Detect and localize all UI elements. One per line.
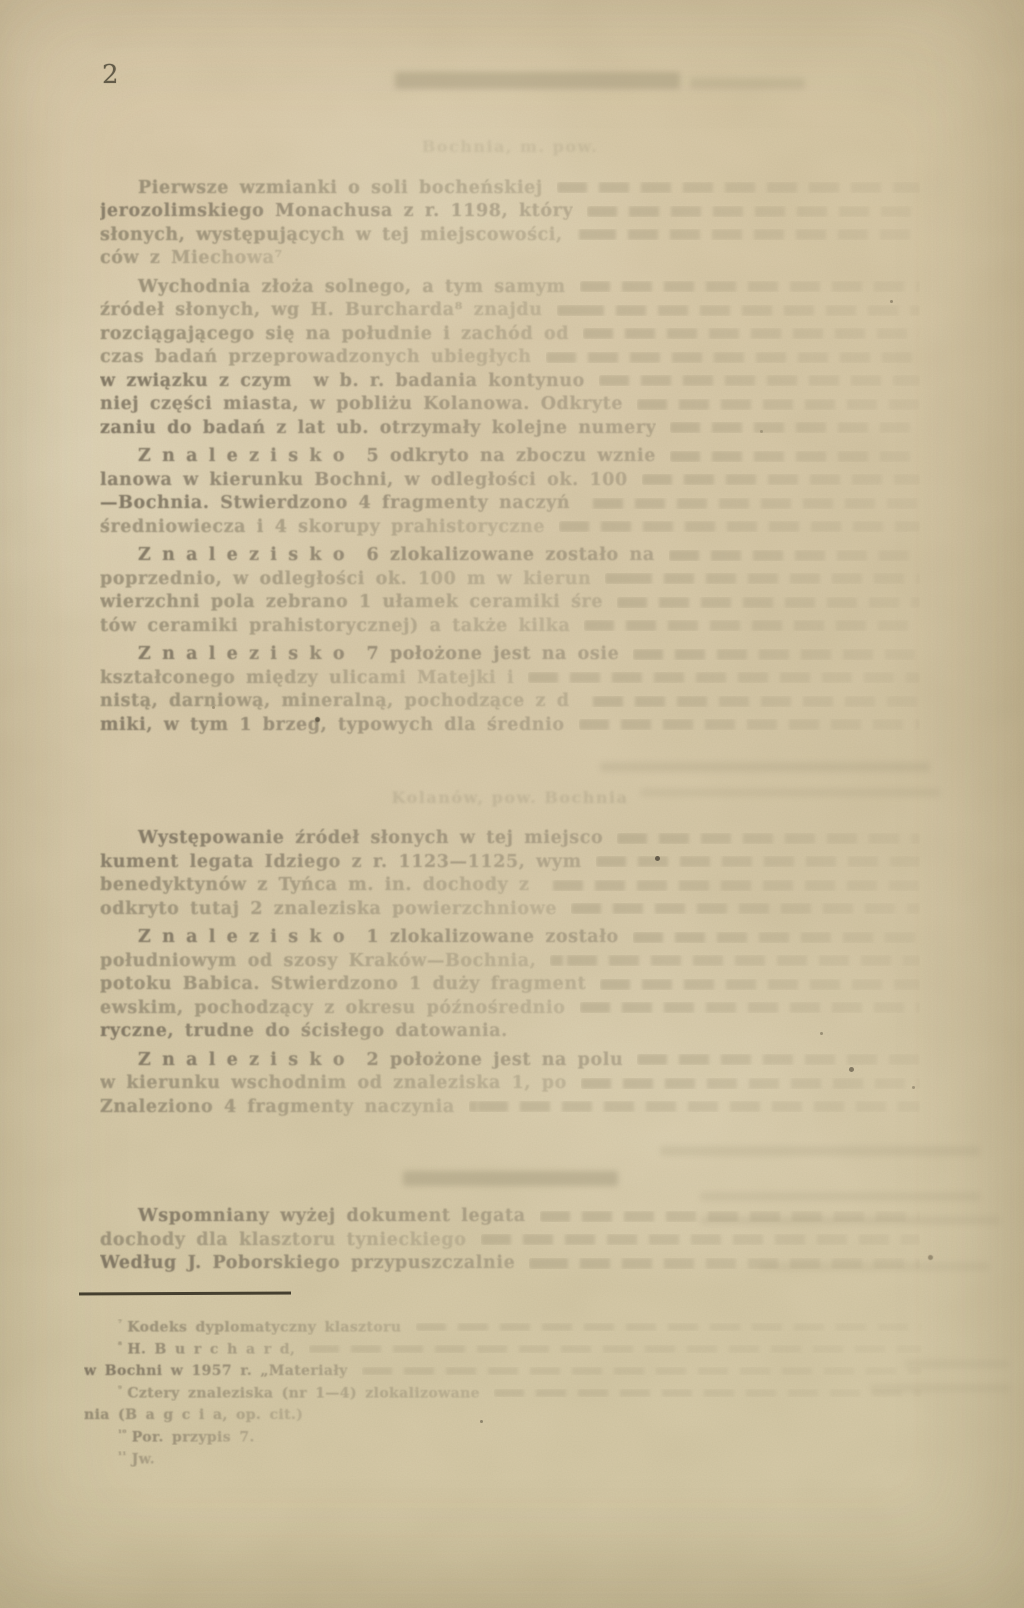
text-line: Występowanie źródeł słonych w tej miejsc… <box>100 827 920 851</box>
line-text: zaniu do badań z lat ub. otrzymały kolej… <box>100 418 656 438</box>
text-line: Wspomniany wyżej dokument legata <box>100 1205 920 1229</box>
faded-text-smudge <box>587 206 920 217</box>
line-text: Według J. Poborskiego przypuszczalnie <box>100 1253 515 1273</box>
text-line: dochody dla klasztoru tynieckiego <box>100 1228 920 1252</box>
faded-text-smudge <box>670 422 920 433</box>
footnote-line: ⁹Cztery znaleziska (nr 1—4) zlokalizowan… <box>84 1382 922 1404</box>
faded-text-smudge <box>577 229 920 240</box>
text-line: Pierwsze wzmianki o soli bocheńskiej <box>100 176 920 200</box>
paragraph: Z n a l e z i s k o 1 zlokalizowane zost… <box>100 926 920 1044</box>
text-line: południowym od szosy Kraków—Bochnia, <box>100 949 920 973</box>
faded-text-smudge <box>540 1211 920 1222</box>
text-line: —Bochnia. Stwierdzono 4 fragmenty naczyń <box>100 492 920 516</box>
text-line: średniowiecza i 4 skorupy prahistoryczne <box>100 515 920 539</box>
paragraph: Z n a l e z i s k o 7 położone jest na o… <box>100 643 920 737</box>
faded-text-smudge <box>583 328 920 339</box>
text-line: Z n a l e z i s k o 2 położone jest na p… <box>100 1048 920 1072</box>
text-line: Wychodnia złoża solnego, a tym samym <box>100 275 920 299</box>
line-text: Znaleziono 4 fragmenty naczynia <box>100 1097 455 1117</box>
line-text: nia (B a g c i a, op. cit.) <box>84 1407 303 1423</box>
line-text: Pierwsze wzmianki o soli bocheńskiej <box>100 178 543 198</box>
line-text: w związku z czym w b. r. badania kontynu… <box>100 371 585 391</box>
line-text: poprzednio, w odległości ok. 100 m w kie… <box>100 569 591 589</box>
footnote-mark: ⁸ <box>118 1341 122 1351</box>
text-line: słonych, występujących w tej miejscowośc… <box>100 223 920 247</box>
text-line: ewskim, pochodzący z okresu późnośrednio <box>100 996 920 1020</box>
line-text: Występowanie źródeł słonych w tej miejsc… <box>100 828 603 848</box>
paragraph: Z n a l e z i s k o 6 zlokalizowane zost… <box>100 544 920 638</box>
paragraph: Wychodnia złoża solnego, a tym samymźród… <box>100 275 920 440</box>
paragraph: Z n a l e z i s k o 2 położone jest na p… <box>100 1048 920 1119</box>
faded-text-smudge <box>309 1345 922 1353</box>
running-head-smudge <box>690 78 805 89</box>
faded-text-smudge <box>670 451 920 462</box>
faded-text-smudge <box>579 719 920 730</box>
faded-text-smudge <box>584 696 920 707</box>
text-line: potoku Babica. Stwierdzono 1 duży fragme… <box>100 973 920 997</box>
text-line: jerozolimskiego Monachusa z r. 1198, któ… <box>100 200 920 224</box>
line-text: Z n a l e z i s k o 6 zlokalizowane zost… <box>100 545 655 565</box>
line-text: jerozolimskiego Monachusa z r. 1198, któ… <box>100 201 573 221</box>
text-line: Znaleziono 4 fragmenty naczynia <box>100 1095 920 1119</box>
section-heading: Bochnia, m. pow. <box>100 136 920 158</box>
text-line: w związku z czym w b. r. badania kontynu… <box>100 369 920 393</box>
line-text: kształconego między ulicami Matejki i <box>100 668 514 688</box>
paragraph: Występowanie źródeł słonych w tej miejsc… <box>100 827 920 921</box>
scanned-document-page: 2 Bochnia, m. pow.Pierwsze wzmianki o so… <box>0 0 1024 1608</box>
text-line: nistą, darniową, mineralną, pochodzące z… <box>100 690 920 714</box>
line-text: ⁹Cztery znaleziska (nr 1—4) zlokalizowan… <box>84 1385 480 1402</box>
faded-text-smudge <box>669 550 920 561</box>
line-text: rozciągającego się na południe i zachód … <box>100 324 569 344</box>
text-line: rozciągającego się na południe i zachód … <box>100 322 920 346</box>
running-head-smudge <box>395 72 680 89</box>
text-line: ryczne, trudne do ścisłego datowania. <box>100 1020 920 1044</box>
faded-text-smudge <box>557 182 920 193</box>
line-text: niej części miasta, w pobliżu Kolanowa. … <box>100 394 623 414</box>
line-text: wierzchni pola zebrano 1 ułamek ceramiki… <box>100 592 603 612</box>
faded-text-smudge <box>481 1234 921 1245</box>
line-text: Z n a l e z i s k o 2 położone jest na p… <box>100 1050 623 1070</box>
line-text: słonych, występujących w tej miejscowośc… <box>100 225 563 245</box>
faded-text-smudge <box>362 1367 922 1375</box>
line-text: Z n a l e z i s k o 5 odkryto na zboczu … <box>100 446 656 466</box>
faded-text-smudge <box>605 573 920 584</box>
line-text: ryczne, trudne do ścisłego datowania. <box>100 1021 508 1041</box>
section-heading: Kolanów, pow. Bochnia <box>100 787 920 809</box>
faded-text-smudge <box>584 498 920 509</box>
footnote-mark: ¹⁰ <box>118 1429 127 1439</box>
faded-text-smudge <box>633 649 920 660</box>
line-text: miki, w tym 1 brzeg, typowych dla średni… <box>100 715 565 735</box>
faded-text-smudge <box>494 1389 922 1397</box>
faded-text-smudge <box>580 1002 921 1013</box>
paragraph: Pierwsze wzmianki o soli bocheńskiejjero… <box>100 176 920 270</box>
text-line: kształconego między ulicami Matejki i <box>100 666 920 690</box>
faded-text-smudge <box>637 1054 920 1065</box>
line-text: Wychodnia złoża solnego, a tym samym <box>100 277 566 297</box>
line-text: potoku Babica. Stwierdzono 1 duży fragme… <box>100 974 586 994</box>
faded-text-smudge <box>617 597 920 608</box>
footnote-line: nia (B a g c i a, op. cit.) <box>84 1404 922 1426</box>
line-text: w Bochni w 1957 r. „Materiały <box>84 1363 348 1379</box>
faded-text-smudge <box>581 1078 920 1089</box>
text-line: wierzchni pola zebrano 1 ułamek ceramiki… <box>100 591 920 615</box>
faded-text-smudge <box>637 399 920 410</box>
faded-text-smudge <box>600 979 920 990</box>
line-text: Z n a l e z i s k o 7 położone jest na o… <box>100 644 619 664</box>
line-text: ewskim, pochodzący z okresu późnośrednio <box>100 998 566 1018</box>
text-line: Według J. Poborskiego przypuszczalnie <box>100 1252 920 1276</box>
paragraph: Wspomniany wyżej dokument legatadochody … <box>100 1205 920 1276</box>
line-text: kument legata Idziego z r. 1123—1125, wy… <box>100 852 582 872</box>
line-text: ¹¹Jw. <box>84 1451 155 1468</box>
footnotes-block: ⁷Kodeks dyplomatyczny klasztoru⁸H. B u r… <box>84 1316 922 1470</box>
faded-text-smudge <box>546 352 920 363</box>
footnote-line: ⁷Kodeks dyplomatyczny klasztoru <box>84 1316 922 1338</box>
faded-text-smudge <box>599 375 920 386</box>
line-text: czas badań przeprowadzonych ubiegłych <box>100 347 532 367</box>
ink-specks <box>0 0 3 3</box>
footnote-mark: ⁷ <box>118 1319 122 1329</box>
footnote-mark: ⁹ <box>118 1385 122 1395</box>
text-line: w kierunku wschodnim od znaleziska 1, po <box>100 1072 920 1096</box>
text-line: lanowa w kierunku Bochni, w odległości o… <box>100 468 920 492</box>
line-text: —Bochnia. Stwierdzono 4 fragmenty naczyń <box>100 493 570 513</box>
section-heading-smudge <box>403 1171 618 1186</box>
faded-text-smudge <box>557 305 920 316</box>
text-line: źródeł słonych, wg H. Burcharda⁸ znajdu <box>100 299 920 323</box>
line-text: lanowa w kierunku Bochni, w odległości o… <box>100 470 628 490</box>
faded-text-smudge <box>544 880 920 891</box>
paragraph: Z n a l e z i s k o 5 odkryto na zboczu … <box>100 445 920 539</box>
text-line: ców z Miechowa⁷ <box>100 247 920 271</box>
line-text: Wspomniany wyżej dokument legata <box>100 1206 526 1226</box>
footnote-mark: ¹¹ <box>118 1451 127 1461</box>
footnote-separator <box>79 1292 291 1296</box>
line-text: odkryto tutaj 2 znaleziska powierzchniow… <box>100 899 557 919</box>
faded-text-smudge <box>550 955 920 966</box>
line-text: nistą, darniową, mineralną, pochodzące z… <box>100 691 570 711</box>
document-body: Bochnia, m. pow.Pierwsze wzmianki o soli… <box>100 136 920 1280</box>
faded-text-smudge <box>469 1101 920 1112</box>
text-line: tów ceramiki prahistorycznej) a także ki… <box>100 614 920 638</box>
faded-text-smudge <box>571 903 920 914</box>
page-number: 2 <box>102 60 119 90</box>
text-line: zaniu do badań z lat ub. otrzymały kolej… <box>100 416 920 440</box>
line-text: tów ceramiki prahistorycznej) a także ki… <box>100 616 570 636</box>
line-text: w kierunku wschodnim od znaleziska 1, po <box>100 1073 567 1093</box>
text-line: poprzednio, w odległości ok. 100 m w kie… <box>100 567 920 591</box>
faded-text-smudge <box>584 620 920 631</box>
line-text: źródeł słonych, wg H. Burcharda⁸ znajdu <box>100 300 543 320</box>
faded-text-smudge <box>642 474 920 485</box>
faded-text-smudge <box>559 521 920 532</box>
faded-text-smudge <box>596 856 920 867</box>
text-line: benedyktynów z Tyńca m. in. dochody z <box>100 874 920 898</box>
line-text: południowym od szosy Kraków—Bochnia, <box>100 951 536 971</box>
text-line: niej części miasta, w pobliżu Kolanowa. … <box>100 393 920 417</box>
footnote-line: ¹¹Jw. <box>84 1448 922 1470</box>
text-line: Z n a l e z i s k o 7 położone jest na o… <box>100 643 920 667</box>
text-line: Z n a l e z i s k o 6 zlokalizowane zost… <box>100 544 920 568</box>
text-line: Z n a l e z i s k o 5 odkryto na zboczu … <box>100 445 920 469</box>
text-line: odkryto tutaj 2 znaleziska powierzchniow… <box>100 897 920 921</box>
line-text: średniowiecza i 4 skorupy prahistoryczne <box>100 517 545 537</box>
faded-text-smudge <box>633 932 920 943</box>
line-text: ców z Miechowa⁷ <box>100 248 283 268</box>
faded-text-smudge <box>617 833 920 844</box>
faded-text-smudge <box>580 281 920 292</box>
text-line: czas badań przeprowadzonych ubiegłych <box>100 346 920 370</box>
line-text: benedyktynów z Tyńca m. in. dochody z <box>100 875 530 895</box>
footnote-line: ¹⁰Por. przypis 7. <box>84 1426 922 1448</box>
line-text: ⁷Kodeks dyplomatyczny klasztoru <box>84 1319 402 1336</box>
footnote-line: ⁸H. B u r c h a r d, <box>84 1338 922 1360</box>
faded-text-smudge <box>528 672 920 683</box>
text-line: Z n a l e z i s k o 1 zlokalizowane zost… <box>100 926 920 950</box>
line-text: ¹⁰Por. przypis 7. <box>84 1429 255 1446</box>
line-text: ⁸H. B u r c h a r d, <box>84 1341 295 1358</box>
footnote-line: w Bochni w 1957 r. „Materiały <box>84 1360 922 1382</box>
line-text: Z n a l e z i s k o 1 zlokalizowane zost… <box>100 927 619 947</box>
text-line: miki, w tym 1 brzeg, typowych dla średni… <box>100 713 920 737</box>
faded-text-smudge <box>529 1258 920 1269</box>
line-text: dochody dla klasztoru tynieckiego <box>100 1230 467 1250</box>
text-line: kument legata Idziego z r. 1123—1125, wy… <box>100 850 920 874</box>
faded-text-smudge <box>416 1323 923 1331</box>
